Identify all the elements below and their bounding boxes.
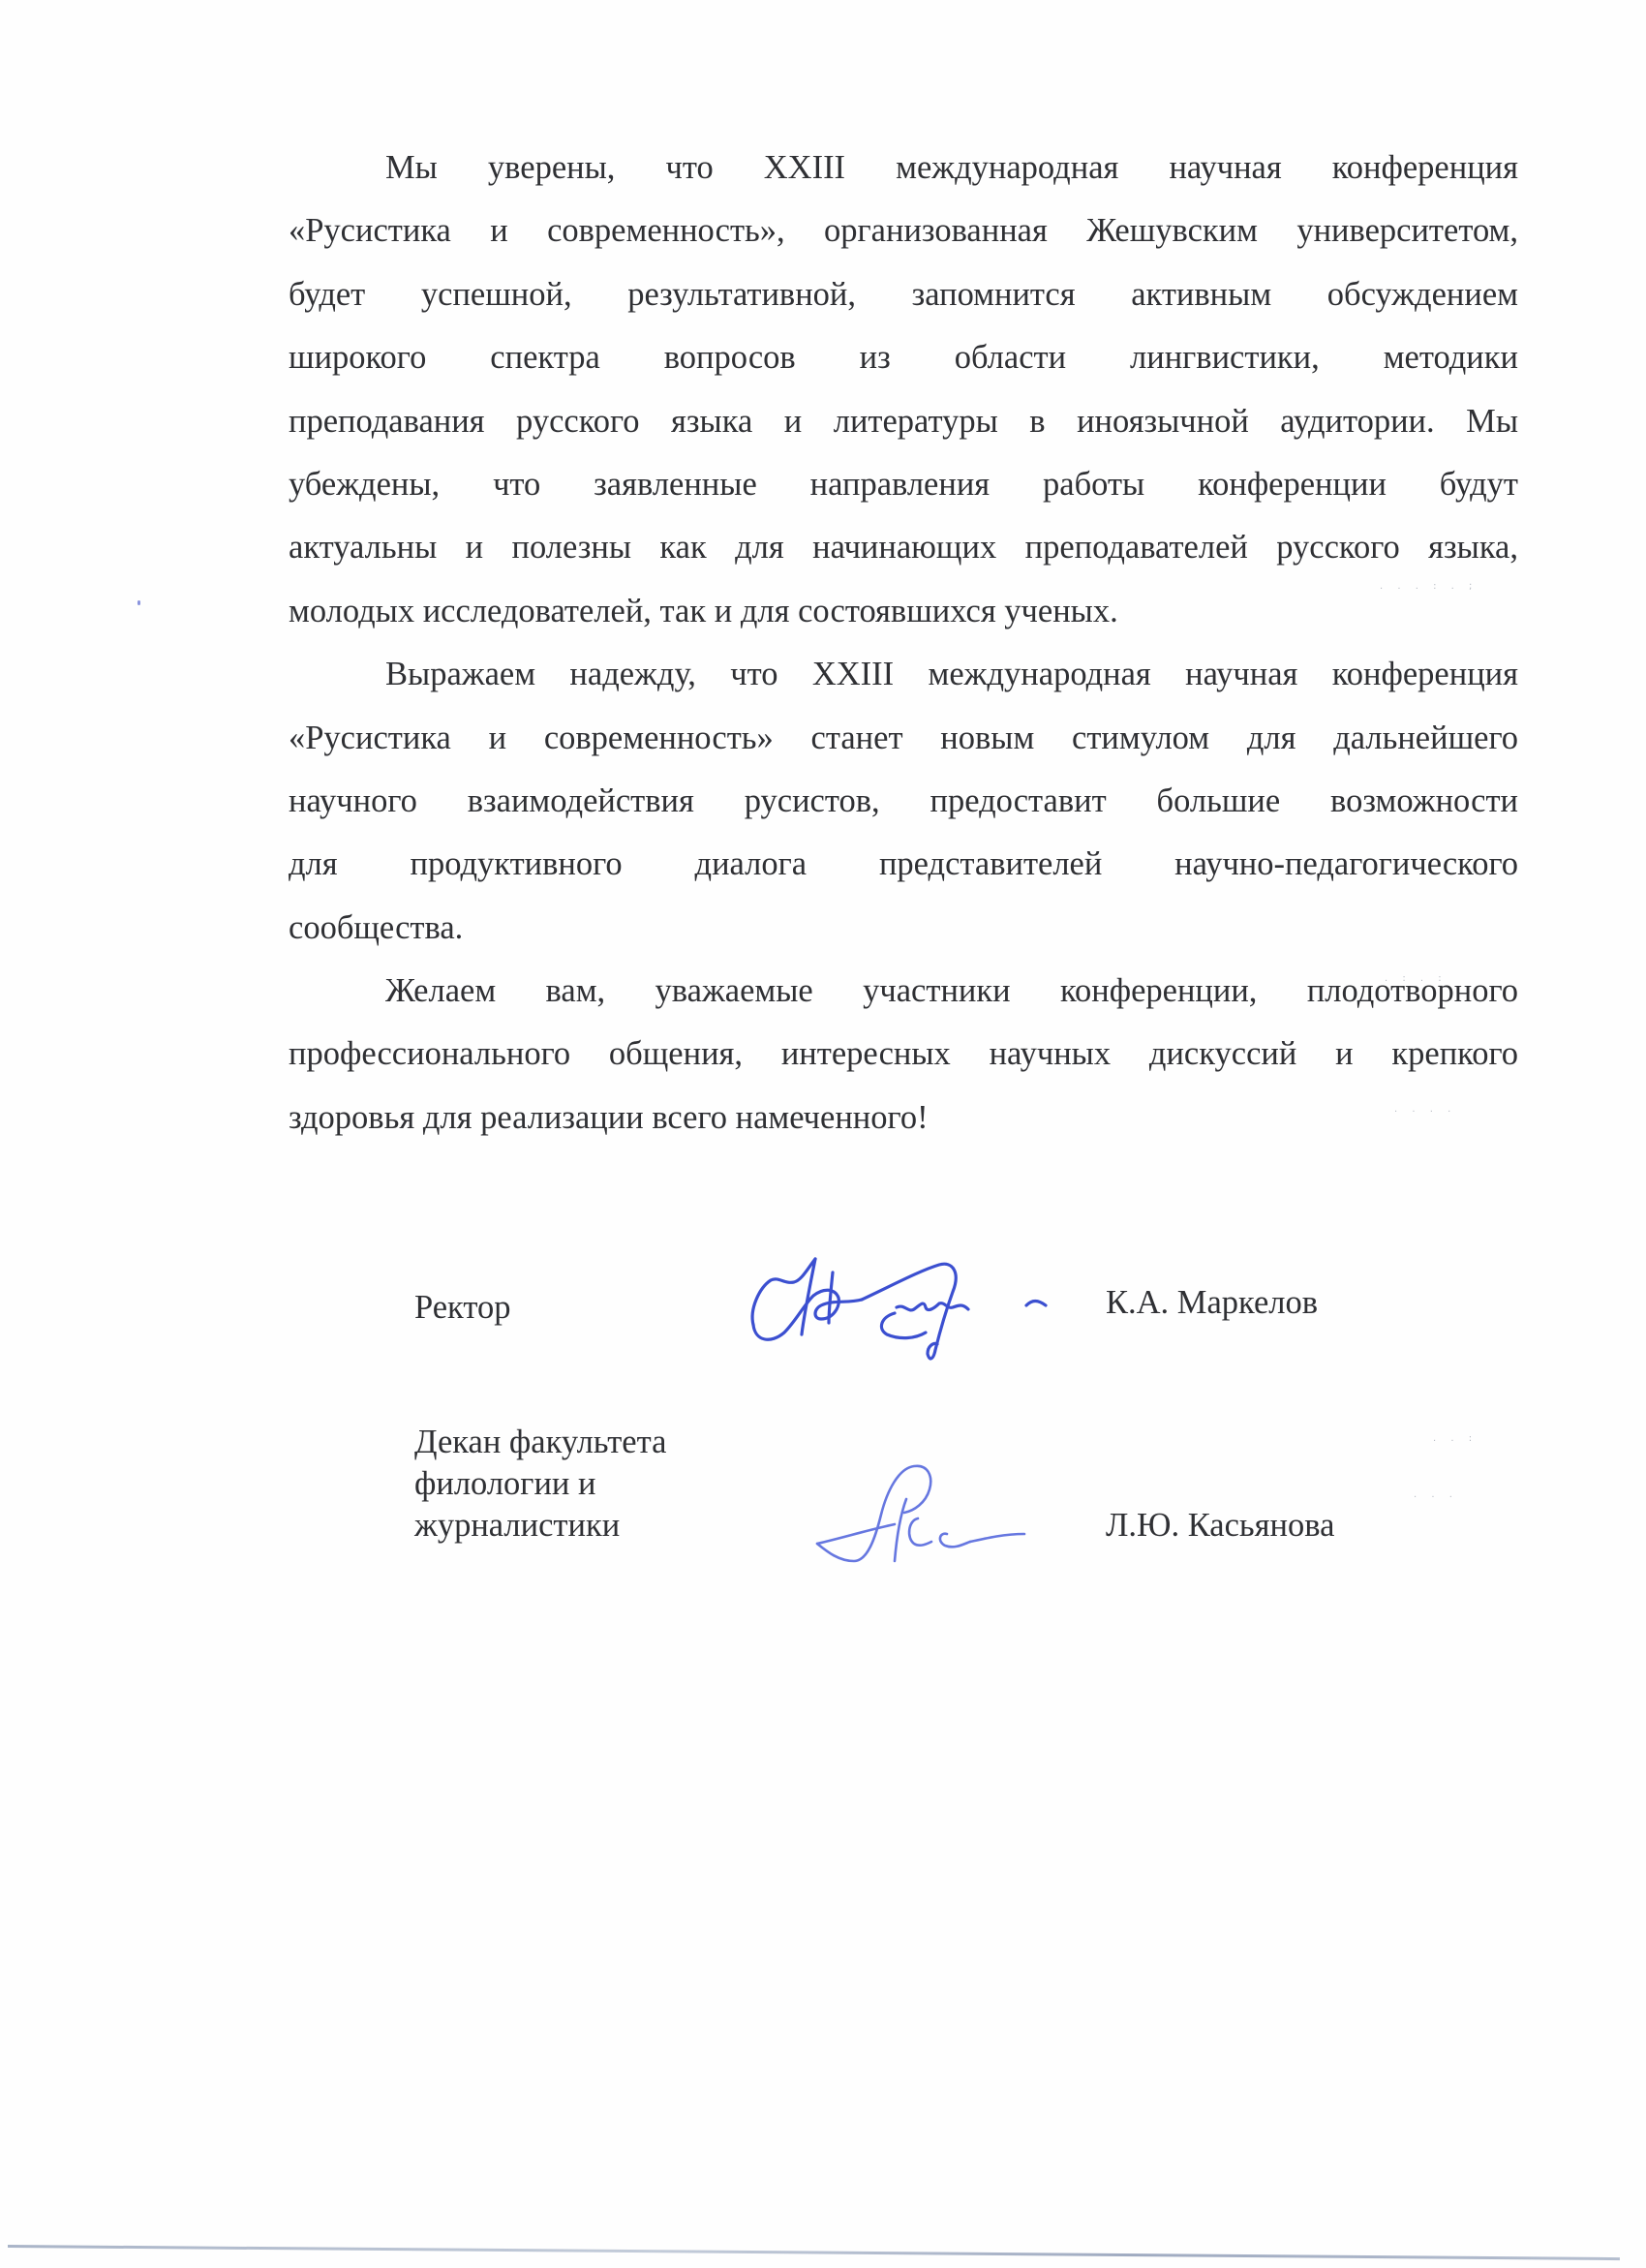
dean-position-label: Декан факультета филологии и журналистик… (414, 1422, 666, 1547)
letter-page: Мы уверены, что XXIII международная науч… (0, 0, 1646, 2268)
dean-name: Л.Ю. Касьянова (1106, 1505, 1334, 1547)
rector-name: К.А. Маркелов (1106, 1282, 1318, 1324)
rector-position-label: Ректор (414, 1287, 510, 1329)
text-line: «Русистика и современность» станет новым… (289, 707, 1518, 770)
paragraph-3: Желаем вам, уважаемые участники конферен… (289, 960, 1518, 1149)
text-line: здоровья для реализации всего намеченног… (289, 1087, 1518, 1149)
position-line: филологии и (414, 1463, 666, 1505)
scan-edge-line (8, 2245, 1620, 2260)
paragraph-2: Выражаем надежду, что XXIII международна… (289, 643, 1518, 960)
text-line: профессионального общения, интересных на… (289, 1023, 1518, 1086)
text-line: Желаем вам, уважаемые участники конферен… (289, 960, 1518, 1023)
rector-signature-icon (746, 1249, 1055, 1367)
paragraph-1: Мы уверены, что XXIII международная науч… (289, 137, 1518, 643)
scan-noise: . . . (1414, 1489, 1458, 1500)
scan-noise: . . . . (1394, 1104, 1456, 1115)
ink-speck (137, 600, 140, 605)
scan-noise: . . : (1433, 1433, 1478, 1444)
text-line: сообщества. (289, 897, 1518, 960)
position-line: Ректор (414, 1289, 510, 1326)
position-line: Декан факультета (414, 1422, 666, 1463)
letter-body: Мы уверены, что XXIII международная науч… (289, 137, 1518, 1149)
text-line: молодых исследователей, так и для состоя… (289, 580, 1518, 643)
text-line: убеждены, что заявленные направления раб… (289, 453, 1518, 516)
text-line: будет успешной, результативной, запомнит… (289, 263, 1518, 326)
text-line: «Русистика и современность», организован… (289, 199, 1518, 262)
text-line: для продуктивного диалога представителей… (289, 833, 1518, 896)
text-line: Мы уверены, что XXIII международная науч… (289, 137, 1518, 199)
text-line: Выражаем надежду, что XXIII международна… (289, 643, 1518, 706)
text-line: преподавания русского языка и литературы… (289, 390, 1518, 453)
position-line: журналистики (414, 1505, 666, 1547)
text-line: широкого спектра вопросов из области лин… (289, 326, 1518, 389)
text-line: научного взаимодействия русистов, предос… (289, 770, 1518, 833)
scan-noise: . . . : . ; (1380, 581, 1478, 592)
text-line: актуальны и полезны как для начинающих п… (289, 516, 1518, 579)
dean-signature-icon (813, 1460, 1031, 1569)
scan-noise: . : . : (1385, 973, 1448, 984)
